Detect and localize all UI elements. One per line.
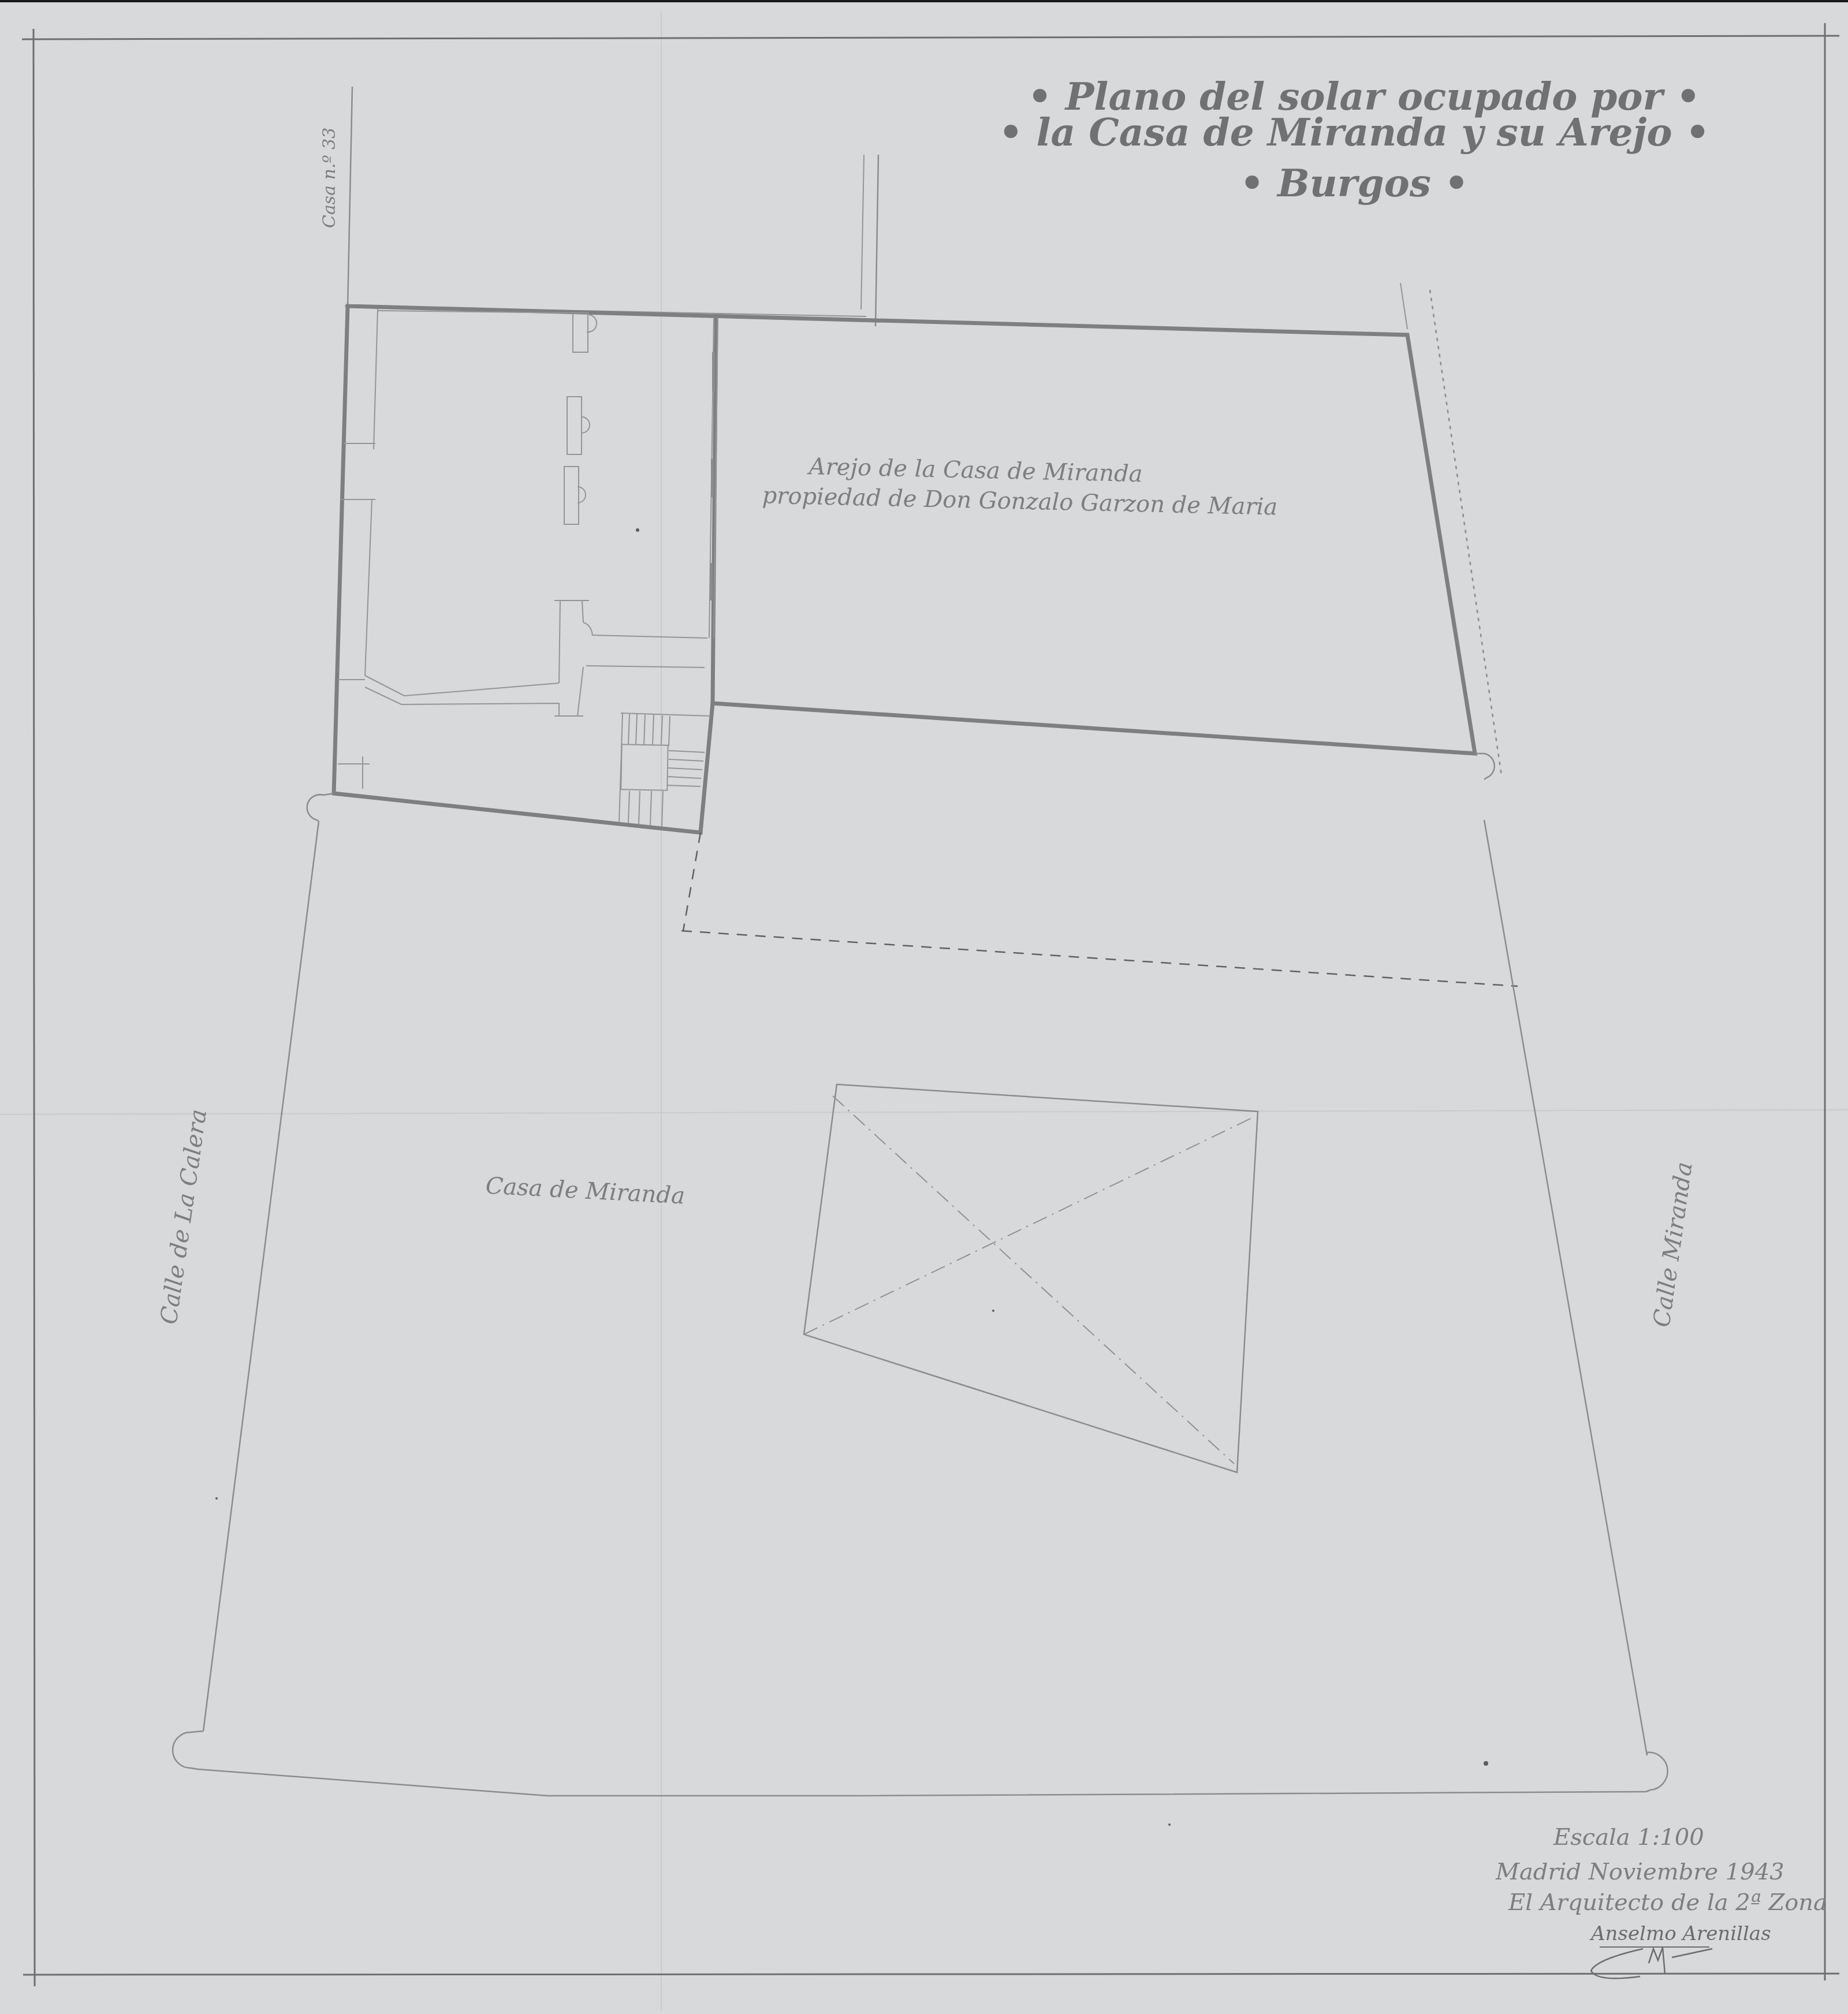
footer-signature: Anselmo Arenillas bbox=[1589, 1922, 1771, 1945]
label-street-right: Calle Miranda bbox=[1648, 1160, 1698, 1329]
footer-block: Escala 1:100 Madrid Noviembre 1943 El Ar… bbox=[1495, 1824, 1827, 1978]
title-line-2: • la Casa de Miranda y su Arejo • bbox=[998, 110, 1709, 155]
courtyard-skylight bbox=[804, 1084, 1258, 1472]
party-wall-line-a bbox=[861, 155, 864, 309]
title-block: • Plano del solar ocupado por • • la Cas… bbox=[998, 74, 1709, 206]
annex-label-line-1: Arejo de la Casa de Miranda bbox=[806, 453, 1143, 487]
label-street-left: Calle de La Calera bbox=[155, 1107, 212, 1326]
drawing-frame bbox=[22, 23, 1839, 1986]
footer-scale: Escala 1:100 bbox=[1553, 1824, 1704, 1851]
right-boundary-extension bbox=[1400, 283, 1407, 329]
annex-label-line-2: propiedad de Don Gonzalo Garzon de Maria bbox=[762, 482, 1278, 520]
staircase bbox=[619, 713, 710, 827]
annex-label: Arejo de la Casa de Miranda propiedad de… bbox=[762, 452, 1279, 520]
lot-outline-thick bbox=[334, 306, 1475, 833]
label-main-house: Casa de Miranda bbox=[485, 1173, 685, 1210]
fold-crease-horizontal bbox=[0, 1110, 1848, 1114]
party-wall-line-b bbox=[875, 155, 878, 326]
site-plan-drawing: • Plano del solar ocupado por • • la Cas… bbox=[0, 0, 1848, 2014]
dashed-boundary-horizontal bbox=[681, 931, 1518, 986]
dashed-boundary-vertical bbox=[683, 833, 701, 931]
label-neighbor-house: Casa n.º 33 bbox=[319, 128, 340, 228]
footer-author-role: El Arquitecto de la 2ª Zona bbox=[1508, 1889, 1827, 1916]
footer-place-date: Madrid Noviembre 1943 bbox=[1495, 1859, 1784, 1885]
main-lot-outline bbox=[173, 754, 1668, 1796]
neighbor-boundary-line bbox=[348, 87, 352, 307]
title-line-3: • Burgos • bbox=[1240, 161, 1469, 206]
